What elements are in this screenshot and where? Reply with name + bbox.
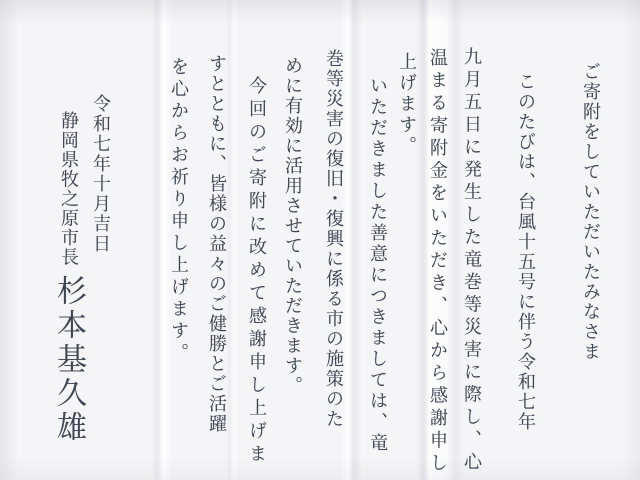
letter-body-column: 巻等災害の復旧・復興に係る市の施策のた: [324, 49, 342, 429]
scanned-letter-page: ご寄附をしていただいたみなさま このたびは、台風十五号に伴う令和七年 九月五日に…: [0, 0, 640, 480]
signer-title: 静岡県牧之原市長: [59, 111, 77, 267]
letter-body-column: すとともに、皆様の益々のご健勝とご活躍: [207, 54, 225, 434]
letter-body-column: 九月五日に発生した竜巻等災害に際し、心: [462, 47, 480, 475]
letter-body-column: 今回のご寄附に改めて感謝申し上げま: [247, 76, 265, 467]
letter-salutation: ご寄附をしていただいたみなさま: [581, 62, 599, 362]
letter-body-column: このたびは、台風十五号に伴う令和七年: [516, 72, 534, 432]
letter-body-column: めに有効に活用させていただきます。: [283, 56, 301, 396]
letter-body-column: を心からお祈り申し上げます。: [169, 57, 187, 365]
letter-date: 令和七年十月吉日: [91, 94, 109, 254]
letter-body-column: いただきました善意につきましては、竜: [368, 76, 386, 454]
signer-name: 杉本基久雄: [53, 275, 83, 445]
letter-body-column: 上げます。: [397, 52, 415, 157]
letter-body-column: 温まる寄附金をいただき、心から感謝申し: [428, 48, 446, 476]
